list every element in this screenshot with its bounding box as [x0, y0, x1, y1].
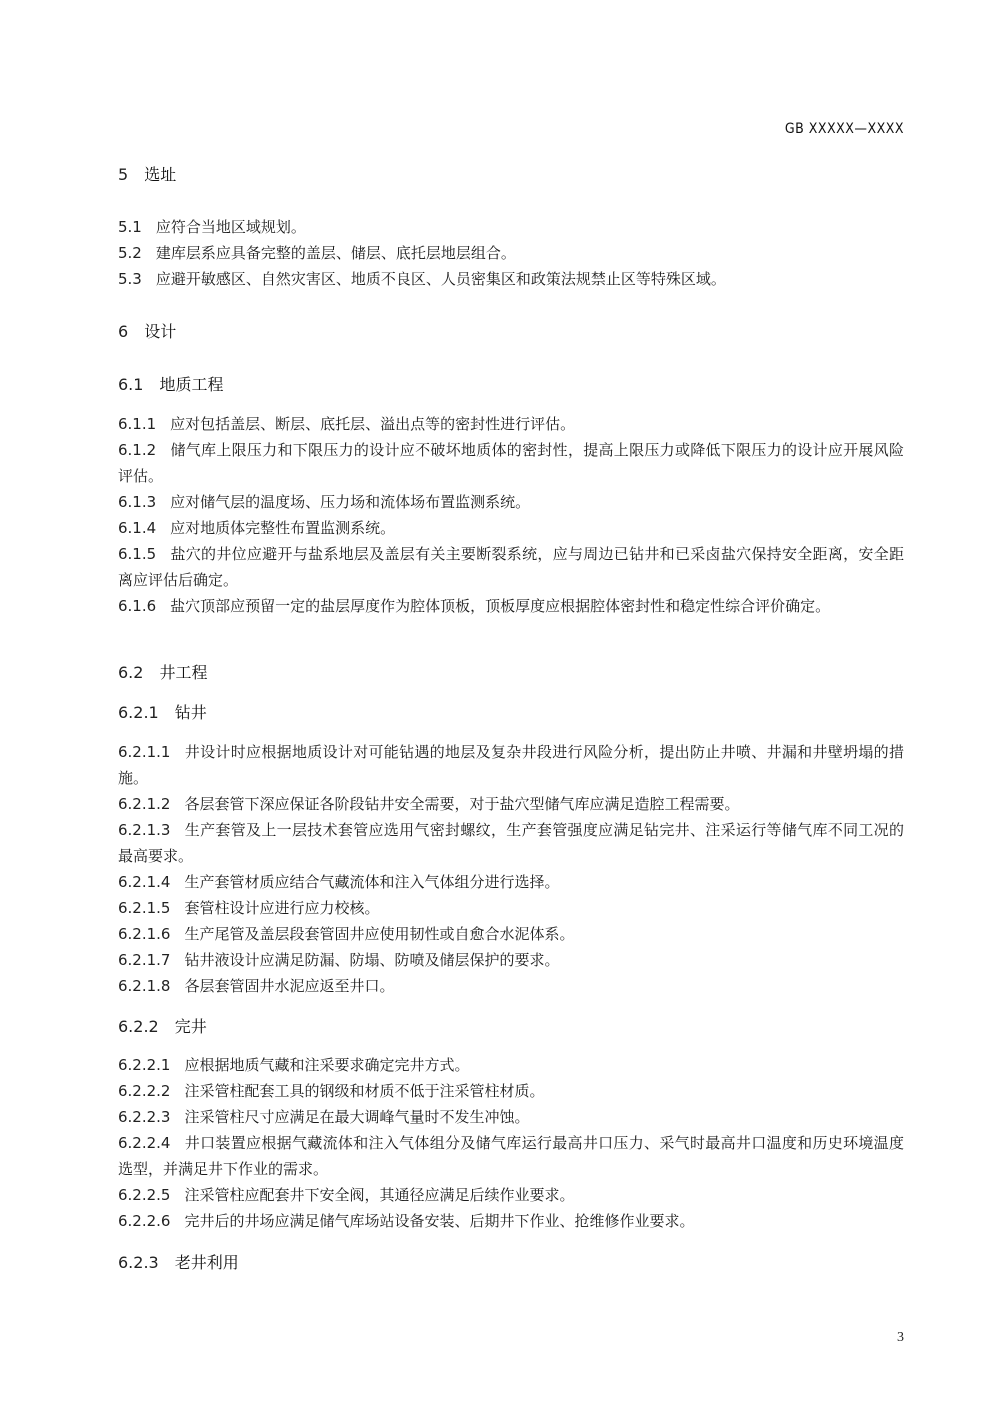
- clause-number: 6.2.1.8: [118, 973, 170, 999]
- clause-text: 套管柱设计应进行应力校核。: [184, 899, 379, 917]
- clause-text: 注采管柱尺寸应满足在最大调峰气量时不发生冲蚀。: [184, 1108, 529, 1126]
- section-heading-6-2-2: 6.2.2完井: [118, 1014, 904, 1040]
- clause-number: 6.2.1.2: [118, 791, 170, 817]
- clause-number: 6.2.2.3: [118, 1104, 170, 1130]
- clause-number: 6.2.1.6: [118, 921, 170, 947]
- clause-6-1-6: 6.1.6盐穴顶部应预留一定的盐层厚度作为腔体顶板，顶板厚度应根据腔体密封性和稳…: [118, 593, 904, 619]
- section-heading-6-2: 6.2井工程: [118, 660, 904, 686]
- clause-text: 生产套管及上一层技术套管应选用气密封螺纹，生产套管强度应满足钻完井、注采运行等储…: [118, 821, 904, 865]
- section-title: 选址: [144, 165, 176, 184]
- clause-number: 6.1.6: [118, 593, 156, 619]
- section-heading-6-2-3: 6.2.3老井利用: [118, 1250, 904, 1276]
- section-heading-6: 6设计: [118, 319, 904, 345]
- clause-number: 6.2.2.4: [118, 1130, 170, 1156]
- clause-number: 6.1.2: [118, 437, 156, 463]
- clause-6-1-3: 6.1.3应对储气层的温度场、压力场和流体场布置监测系统。: [118, 489, 904, 515]
- clause-number: 6.2.2.1: [118, 1052, 170, 1078]
- clause-6-2-1-5: 6.2.1.5套管柱设计应进行应力校核。: [118, 895, 904, 921]
- clause-number: 6.2.1.3: [118, 817, 170, 843]
- clause-text: 井设计时应根据地质设计对可能钻遇的地层及复杂井段进行风险分析，提出防止井喷、井漏…: [118, 743, 904, 787]
- clause-6-2-1-8: 6.2.1.8各层套管固井水泥应返至井口。: [118, 973, 904, 999]
- clause-text: 盐穴的井位应避开与盐系地层及盖层有关主要断裂系统，应与周边已钻井和已采卤盐穴保持…: [118, 545, 904, 589]
- clause-text: 应对储气层的温度场、压力场和流体场布置监测系统。: [170, 493, 530, 511]
- clause-number: 5.3: [118, 266, 142, 292]
- page-number: 3: [897, 1330, 904, 1346]
- clause-6-2-2-3: 6.2.2.3注采管柱尺寸应满足在最大调峰气量时不发生冲蚀。: [118, 1104, 904, 1130]
- clause-6-2-1-3: 6.2.1.3生产套管及上一层技术套管应选用气密封螺纹，生产套管强度应满足钻完井…: [118, 817, 904, 869]
- section-number: 5: [118, 162, 128, 188]
- standard-code: GB XXXXX—XXXX: [785, 121, 904, 137]
- clause-6-2-2-6: 6.2.2.6完井后的井场应满足储气库场站设备安装、后期井下作业、抢维修作业要求…: [118, 1208, 904, 1234]
- clause-6-2-2-4: 6.2.2.4井口装置应根据气藏流体和注入气体组分及储气库运行最高井口压力、采气…: [118, 1130, 904, 1182]
- clause-number: 6.2.1.5: [118, 895, 170, 921]
- clause-text: 储气库上限压力和下限压力的设计应不破坏地质体的密封性，提高上限压力或降低下限压力…: [118, 441, 904, 485]
- clause-5-1: 5.1应符合当地区域规划。: [118, 214, 904, 240]
- section-title: 井工程: [159, 663, 207, 682]
- clause-number: 6.1.1: [118, 411, 156, 437]
- clause-text: 钻井液设计应满足防漏、防塌、防喷及储层保护的要求。: [184, 951, 559, 969]
- clause-text: 应根据地质气藏和注采要求确定完井方式。: [184, 1056, 469, 1074]
- section-title: 老井利用: [175, 1253, 239, 1272]
- clause-6-1-2: 6.1.2储气库上限压力和下限压力的设计应不破坏地质体的密封性，提高上限压力或降…: [118, 437, 904, 489]
- clause-number: 6.2.2.2: [118, 1078, 170, 1104]
- clause-number: 6.2.1.7: [118, 947, 170, 973]
- clause-text: 完井后的井场应满足储气库场站设备安装、后期井下作业、抢维修作业要求。: [184, 1212, 694, 1230]
- clause-text: 注采管柱应配套井下安全阀，其通径应满足后续作业要求。: [184, 1186, 574, 1204]
- clause-number: 6.2.2.5: [118, 1182, 170, 1208]
- section-number: 6.2: [118, 660, 143, 686]
- section-number: 6: [118, 319, 128, 345]
- clause-6-1-5: 6.1.5盐穴的井位应避开与盐系地层及盖层有关主要断裂系统，应与周边已钻井和已采…: [118, 541, 904, 593]
- clause-number: 5.2: [118, 240, 142, 266]
- clause-number: 6.2.2.6: [118, 1208, 170, 1234]
- section-title: 地质工程: [159, 375, 223, 394]
- section-title: 完井: [175, 1017, 207, 1036]
- clause-text: 各层套管固井水泥应返至井口。: [184, 977, 394, 995]
- clause-5-3: 5.3应避开敏感区、自然灾害区、地质不良区、人员密集区和政策法规禁止区等特殊区域…: [118, 266, 904, 292]
- section-heading-5: 5选址: [118, 162, 904, 188]
- section-title: 钻井: [175, 703, 207, 722]
- clause-text: 生产尾管及盖层段套管固井应使用韧性或自愈合水泥体系。: [184, 925, 574, 943]
- clause-text: 应对包括盖层、断层、底托层、溢出点等的密封性进行评估。: [170, 415, 575, 433]
- clause-text: 应避开敏感区、自然灾害区、地质不良区、人员密集区和政策法规禁止区等特殊区域。: [156, 270, 726, 288]
- clause-6-2-2-5: 6.2.2.5注采管柱应配套井下安全阀，其通径应满足后续作业要求。: [118, 1182, 904, 1208]
- clause-number: 6.2.1.4: [118, 869, 170, 895]
- clause-text: 各层套管下深应保证各阶段钻井安全需要，对于盐穴型储气库应满足造腔工程需要。: [184, 795, 739, 813]
- clause-6-2-1-7: 6.2.1.7钻井液设计应满足防漏、防塌、防喷及储层保护的要求。: [118, 947, 904, 973]
- clause-6-2-1-6: 6.2.1.6生产尾管及盖层段套管固井应使用韧性或自愈合水泥体系。: [118, 921, 904, 947]
- clause-text: 井口装置应根据气藏流体和注入气体组分及储气库运行最高井口压力、采气时最高井口温度…: [118, 1134, 904, 1178]
- clause-6-2-2-1: 6.2.2.1应根据地质气藏和注采要求确定完井方式。: [118, 1052, 904, 1078]
- clause-6-1-1: 6.1.1应对包括盖层、断层、底托层、溢出点等的密封性进行评估。: [118, 411, 904, 437]
- clause-text: 注采管柱配套工具的钢级和材质不低于注采管柱材质。: [184, 1082, 544, 1100]
- clause-6-2-1-4: 6.2.1.4生产套管材质应结合气藏流体和注入气体组分进行选择。: [118, 869, 904, 895]
- clause-6-1-4: 6.1.4应对地质体完整性布置监测系统。: [118, 515, 904, 541]
- clause-number: 6.1.4: [118, 515, 156, 541]
- document-page: GB XXXXX—XXXX 5选址 5.1应符合当地区域规划。 5.2建库层系应…: [0, 0, 1000, 1414]
- clause-text: 建库层系应具备完整的盖层、储层、底托层地层组合。: [156, 244, 516, 262]
- clause-6-2-1-2: 6.2.1.2各层套管下深应保证各阶段钻井安全需要，对于盐穴型储气库应满足造腔工…: [118, 791, 904, 817]
- section-number: 6.2.3: [118, 1250, 159, 1276]
- section-number: 6.2.1: [118, 700, 159, 726]
- clause-6-2-1-1: 6.2.1.1井设计时应根据地质设计对可能钻遇的地层及复杂井段进行风险分析，提出…: [118, 739, 904, 791]
- clause-text: 应对地质体完整性布置监测系统。: [170, 519, 395, 537]
- section-number: 6.1: [118, 372, 143, 398]
- clause-5-2: 5.2建库层系应具备完整的盖层、储层、底托层地层组合。: [118, 240, 904, 266]
- section-heading-6-2-1: 6.2.1钻井: [118, 700, 904, 726]
- clause-number: 5.1: [118, 214, 142, 240]
- section-title: 设计: [144, 322, 176, 341]
- clause-6-2-2-2: 6.2.2.2注采管柱配套工具的钢级和材质不低于注采管柱材质。: [118, 1078, 904, 1104]
- section-number: 6.2.2: [118, 1014, 159, 1040]
- clause-number: 6.1.5: [118, 541, 156, 567]
- clause-number: 6.2.1.1: [118, 739, 170, 765]
- clause-text: 应符合当地区域规划。: [156, 218, 306, 236]
- clause-number: 6.1.3: [118, 489, 156, 515]
- section-heading-6-1: 6.1地质工程: [118, 372, 904, 398]
- clause-text: 盐穴顶部应预留一定的盐层厚度作为腔体顶板，顶板厚度应根据腔体密封性和稳定性综合评…: [170, 597, 830, 615]
- clause-text: 生产套管材质应结合气藏流体和注入气体组分进行选择。: [184, 873, 559, 891]
